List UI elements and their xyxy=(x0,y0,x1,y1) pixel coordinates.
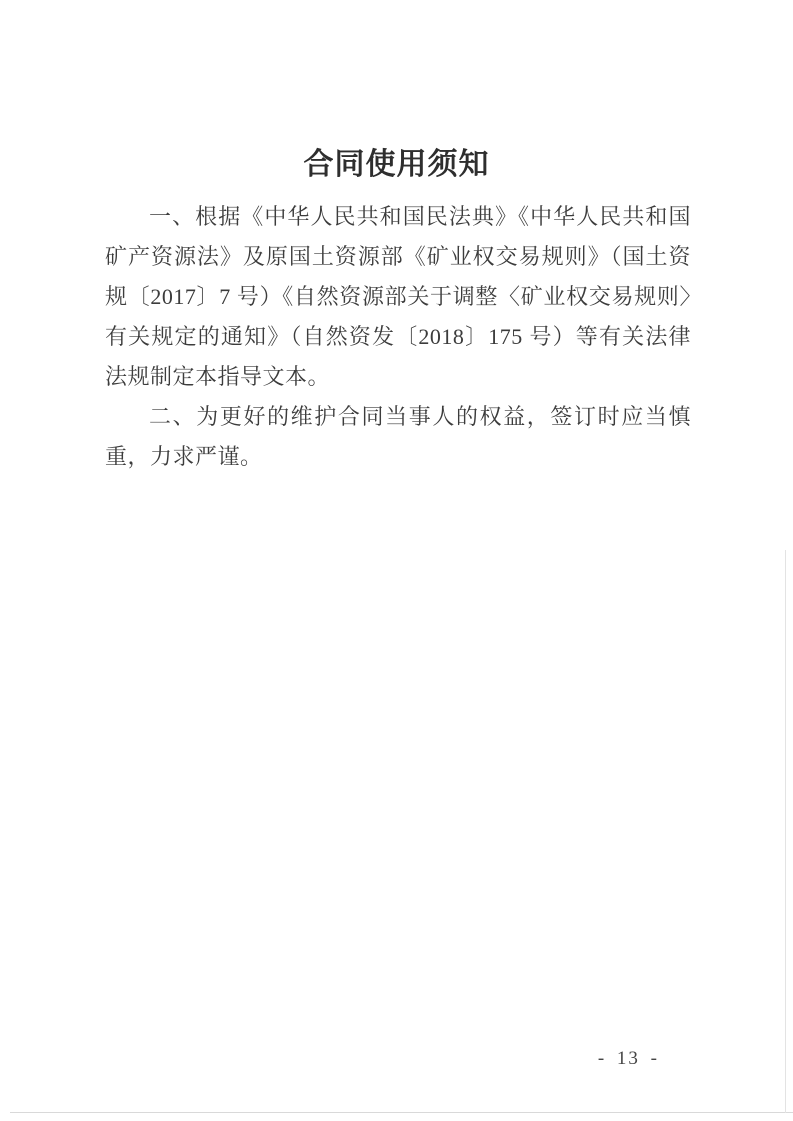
page-number: - 13 - xyxy=(598,1048,659,1070)
scan-edge-bottom-line xyxy=(10,1112,793,1113)
paragraph-signing-caution: 二、为更好的维护合同当事人的权益，签订时应当慎重，力求严谨。 xyxy=(105,397,691,477)
scan-edge-right-line xyxy=(785,550,786,1113)
document-body: 一、根据《中华人民共和国民法典》《中华人民共和国矿产资源法》及原国土资源部《矿业… xyxy=(105,197,691,477)
document-page: 合同使用须知 一、根据《中华人民共和国民法典》《中华人民共和国矿产资源法》及原国… xyxy=(0,0,793,1121)
paragraph-legal-basis: 一、根据《中华人民共和国民法典》《中华人民共和国矿产资源法》及原国土资源部《矿业… xyxy=(105,197,691,397)
document-title: 合同使用须知 xyxy=(0,146,793,184)
